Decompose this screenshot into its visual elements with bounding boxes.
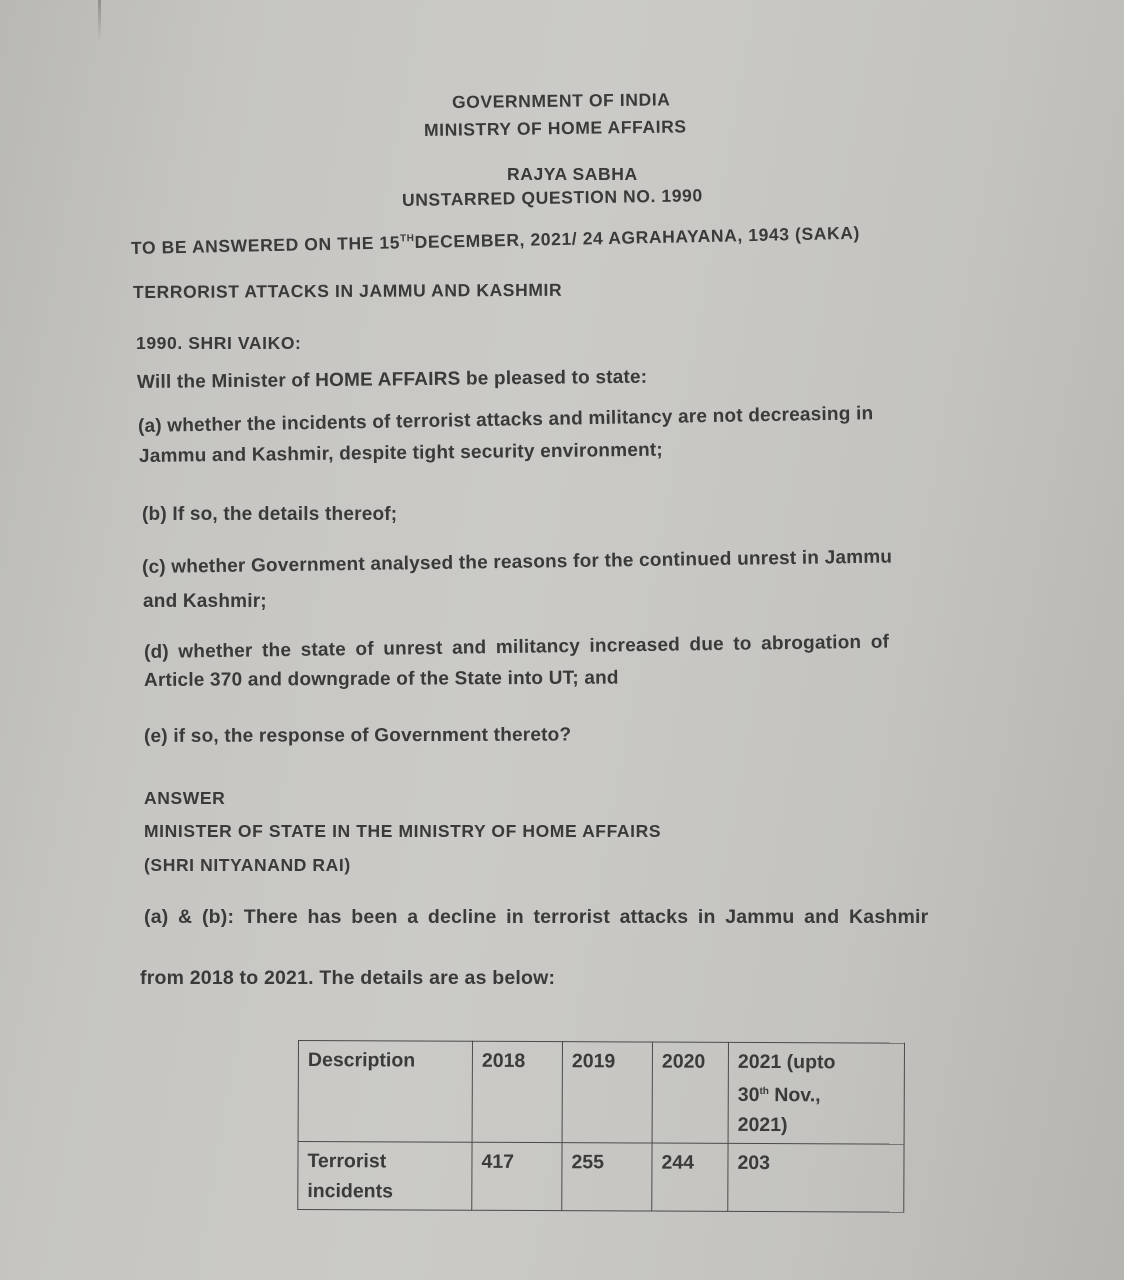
table-row: Terrorist incidents 417 255 244 203 xyxy=(298,1142,904,1213)
table-cell-2020: 244 xyxy=(652,1143,728,1211)
question-part-c-line1: (c) whether Government analysed the reas… xyxy=(142,547,892,579)
answer-minister-title: MINISTER OF STATE IN THE MINISTRY OF HOM… xyxy=(144,821,661,842)
table-header-description: Description xyxy=(298,1041,472,1143)
table-cell-2019: 255 xyxy=(562,1143,652,1211)
table-header-2021: 2021 (upto 30th Nov., 2021) xyxy=(728,1042,904,1144)
question-intro: Will the Minister of HOME AFFAIRS be ple… xyxy=(137,367,648,394)
question-part-a-line2: Jammu and Kashmir, despite tight securit… xyxy=(139,440,663,468)
terrorist-incidents-table: Description 2018 2019 2020 2021 (upto 30… xyxy=(297,1040,905,1213)
question-part-e: (e) if so, the response of Government th… xyxy=(144,725,571,748)
table-header-2019: 2019 xyxy=(562,1042,652,1143)
table-header-2020: 2020 xyxy=(652,1042,728,1143)
header-answer-date: TO BE ANSWERED ON THE 15THDECEMBER, 2021… xyxy=(131,223,860,259)
header-ministry: MINISTRY OF HOME AFFAIRS xyxy=(424,116,687,141)
answer-minister-name: (SHRI NITYANAND RAI) xyxy=(144,855,351,876)
question-part-b: (b) If so, the details thereof; xyxy=(142,504,397,526)
header-house: RAJYA SABHA xyxy=(507,164,638,185)
question-asker: 1990. SHRI VAIKO: xyxy=(136,333,301,354)
question-part-d-line2: Article 370 and downgrade of the State i… xyxy=(144,668,619,692)
paper-fold-shadow xyxy=(98,0,101,40)
table-cell-2018: 417 xyxy=(472,1142,562,1210)
table-cell-2021: 203 xyxy=(728,1143,904,1212)
table-cell-description: Terrorist incidents xyxy=(298,1142,472,1211)
table-header-2018: 2018 xyxy=(472,1041,562,1142)
table-header-row: Description 2018 2019 2020 2021 (upto 30… xyxy=(298,1041,904,1145)
subject-title: TERRORIST ATTACKS IN JAMMU AND KASHMIR xyxy=(133,280,562,303)
question-part-a-line1: (a) whether the incidents of terrorist a… xyxy=(138,403,874,438)
question-part-c-line2: and Kashmir; xyxy=(143,591,267,613)
header-government: GOVERNMENT OF INDIA xyxy=(452,89,671,113)
answer-reply-line1: (a) & (b): There has been a decline in t… xyxy=(144,906,928,929)
answer-reply-line2: from 2018 to 2021. The details are as be… xyxy=(140,967,555,990)
question-part-d-line1: (d) whether the state of unrest and mili… xyxy=(144,632,889,664)
answer-heading: ANSWER xyxy=(144,788,225,809)
header-question-no: UNSTARRED QUESTION NO. 1990 xyxy=(402,185,703,211)
